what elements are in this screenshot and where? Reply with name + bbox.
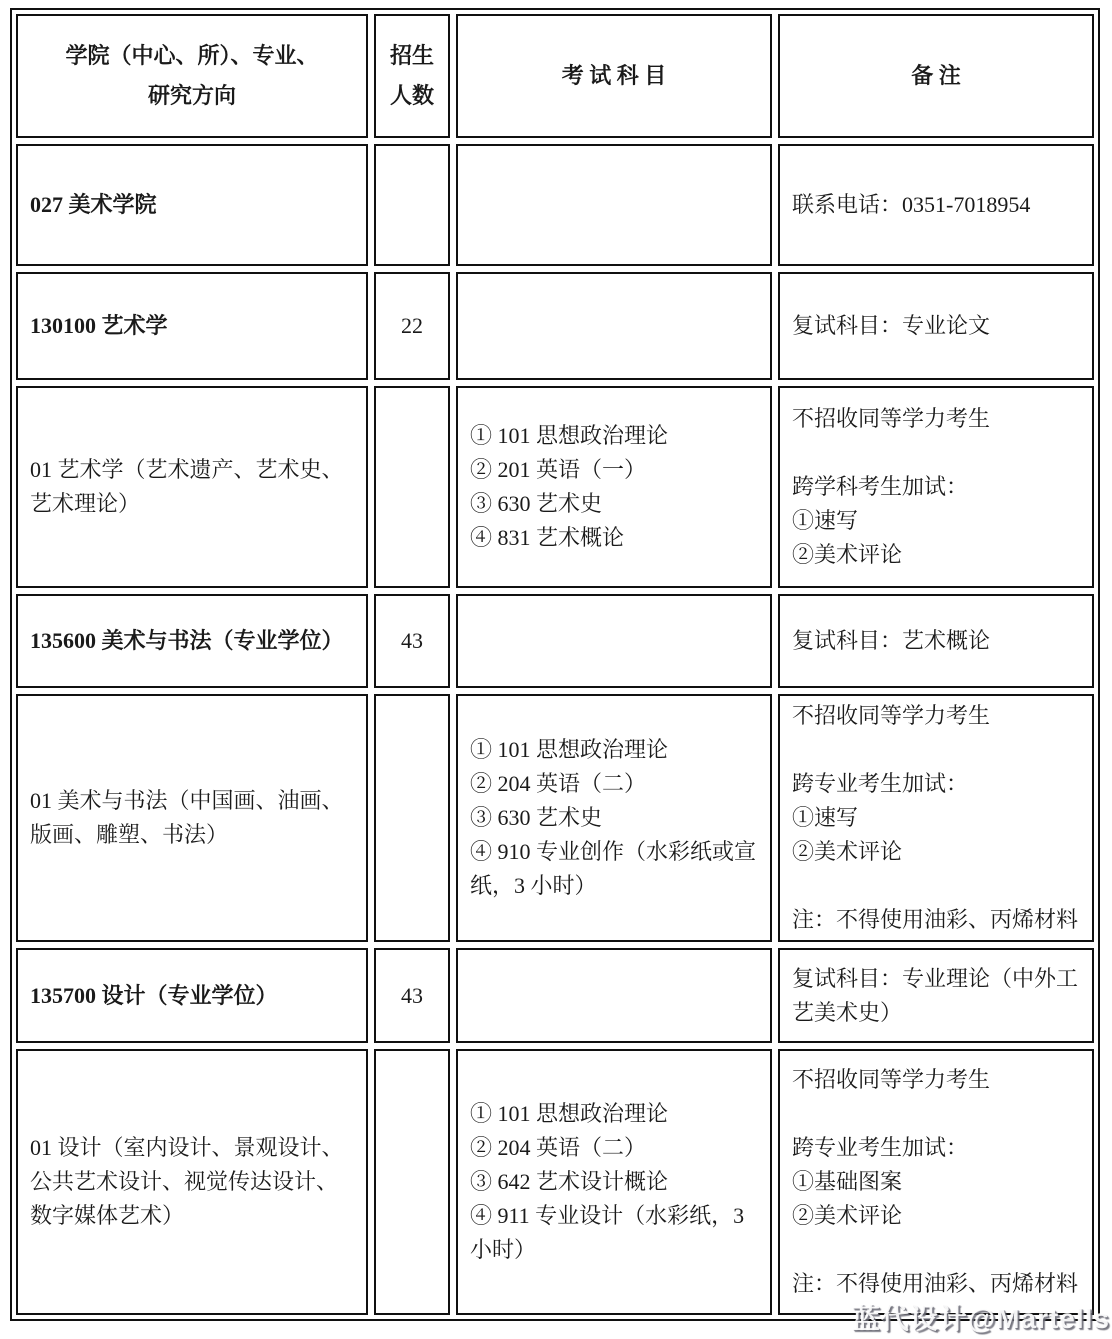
admissions-table: 学院（中心、所）、专业、 研究方向 招生 人数 考 试 科 目 备 注 027 … [10, 8, 1100, 1321]
row-130100-subjects-cell [456, 272, 772, 380]
row-01-design-remarks-cell: 不招收同等学力考生 跨专业考生加试： ①基础图案 ②美术评论 注：不得使用油彩、… [778, 1049, 1094, 1315]
row-135600-major-cell: 135600 美术与书法（专业学位） [16, 594, 368, 688]
row-130100-remarks-cell: 复试科目：专业论文 [778, 272, 1094, 380]
row-135700-remarks-cell: 复试科目：专业理论（中外工艺美术史） [778, 948, 1094, 1043]
row-01-fineart-subjects-cell: ① 101 思想政治理论 ② 204 英语（二） ③ 630 艺术史 ④ 910… [456, 694, 772, 942]
row-college-seats-cell [374, 144, 450, 266]
row-01-fineart-seats-cell [374, 694, 450, 942]
header-cell-seats: 招生 人数 [374, 14, 450, 138]
document-page: 学院（中心、所）、专业、 研究方向 招生 人数 考 试 科 目 备 注 027 … [0, 0, 1112, 1339]
row-01-fineart-major-cell: 01 美术与书法（中国画、油画、版画、雕塑、书法） [16, 694, 368, 942]
row-135700-subjects-cell [456, 948, 772, 1043]
row-01-art-major-cell: 01 艺术学（艺术遗产、艺术史、艺术理论） [16, 386, 368, 588]
row-01-design-major-cell: 01 设计（室内设计、景观设计、公共艺术设计、视觉传达设计、数字媒体艺术） [16, 1049, 368, 1315]
row-130100-major-cell: 130100 艺术学 [16, 272, 368, 380]
row-college-subjects-cell [456, 144, 772, 266]
row-135600-seats-cell: 43 [374, 594, 450, 688]
row-01-art-remarks-cell: 不招收同等学力考生 跨学科考生加试： ①速写 ②美术评论 [778, 386, 1094, 588]
row-01-design-seats-cell [374, 1049, 450, 1315]
header-cell-subjects: 考 试 科 目 [456, 14, 772, 138]
header-cell-major: 学院（中心、所）、专业、 研究方向 [16, 14, 368, 138]
row-college-major-cell: 027 美术学院 [16, 144, 368, 266]
row-01-design-subjects-cell: ① 101 思想政治理论 ② 204 英语（二） ③ 642 艺术设计概论 ④ … [456, 1049, 772, 1315]
row-135600-remarks-cell: 复试科目：艺术概论 [778, 594, 1094, 688]
row-college-remarks-cell: 联系电话：0351-7018954 [778, 144, 1094, 266]
row-01-art-seats-cell [374, 386, 450, 588]
row-135700-major-cell: 135700 设计（专业学位） [16, 948, 368, 1043]
row-135700-seats-cell: 43 [374, 948, 450, 1043]
header-cell-remarks: 备 注 [778, 14, 1094, 138]
row-01-art-subjects-cell: ① 101 思想政治理论 ② 201 英语（一） ③ 630 艺术史 ④ 831… [456, 386, 772, 588]
row-135600-subjects-cell [456, 594, 772, 688]
row-130100-seats-cell: 22 [374, 272, 450, 380]
row-01-fineart-remarks-cell: 不招收同等学力考生 跨专业考生加试： ①速写 ②美术评论 注：不得使用油彩、丙烯… [778, 694, 1094, 942]
